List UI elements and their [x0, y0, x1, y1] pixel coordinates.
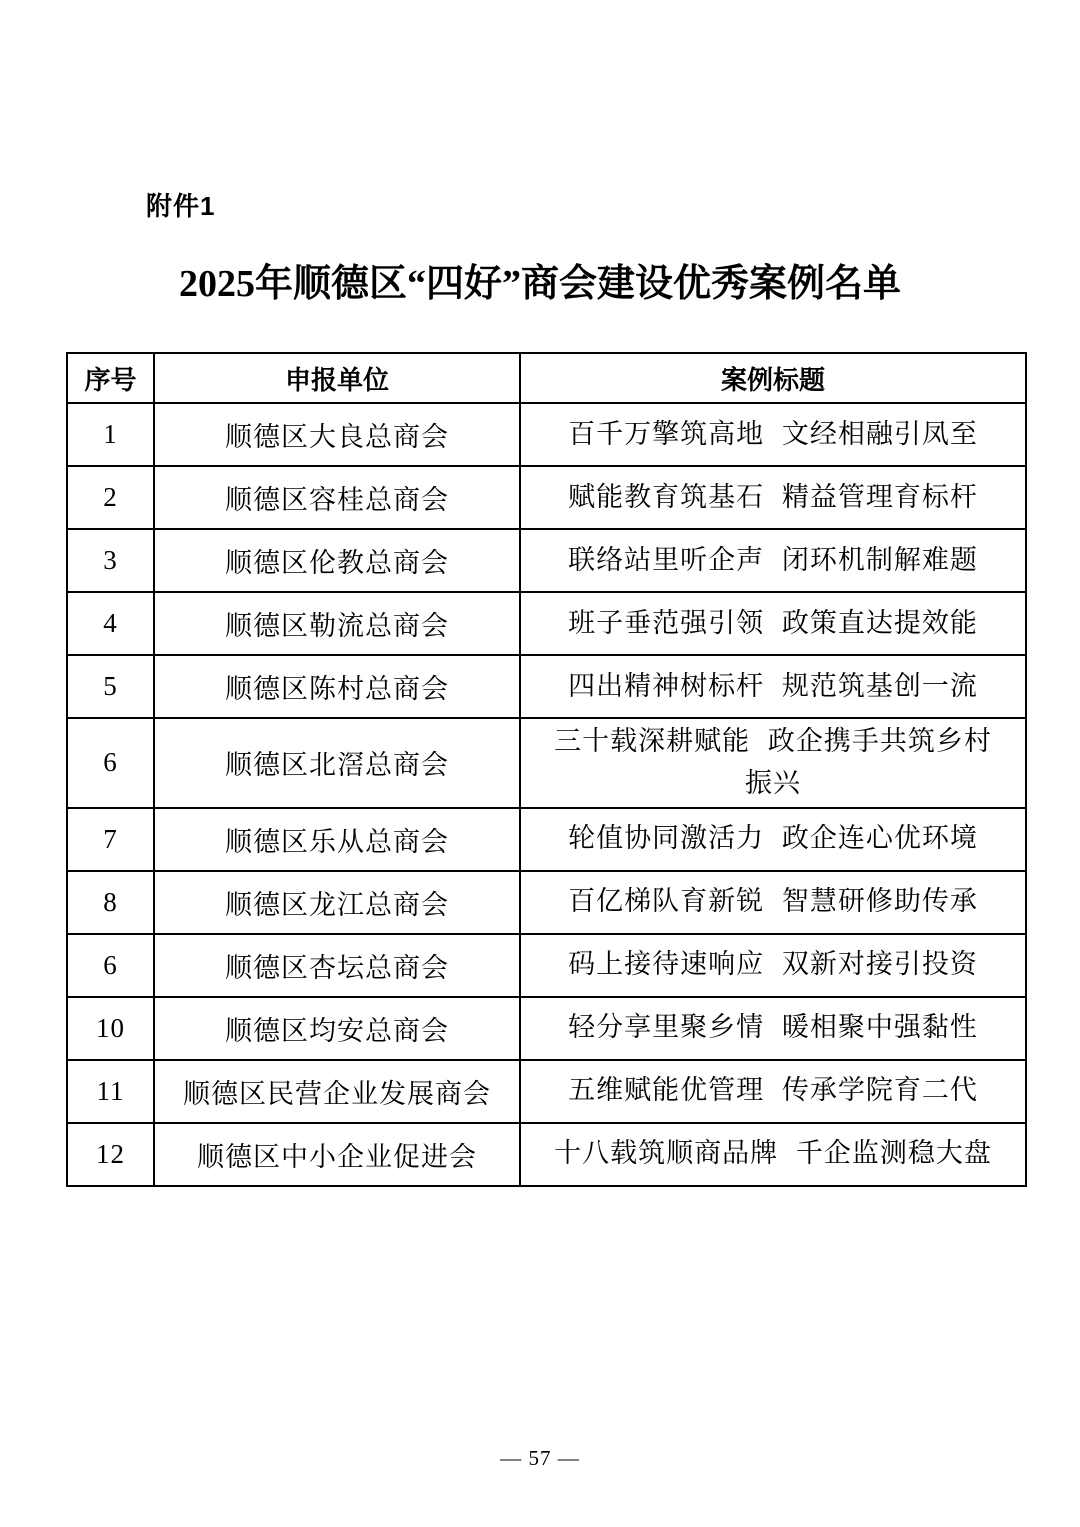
- row-number-cell: 6: [67, 718, 154, 808]
- row-number-cell: 8: [67, 871, 154, 934]
- table-row: 3 顺德区伦教总商会 联络站里听企声 闭环机制解难题: [67, 529, 1026, 592]
- cases-table: 序号 申报单位 案例标题 1 顺德区大良总商会 百千万擎筑高地 文经相融引凤至 …: [66, 352, 1027, 1187]
- row-number-cell: 11: [67, 1060, 154, 1123]
- header-cell-case-title: 案例标题: [520, 353, 1026, 403]
- row-number-cell: 7: [67, 808, 154, 871]
- header-cell-unit: 申报单位: [154, 353, 520, 403]
- unit-cell: 顺德区均安总商会: [154, 997, 520, 1060]
- unit-cell: 顺德区勒流总商会: [154, 592, 520, 655]
- unit-cell: 顺德区中小企业促进会: [154, 1123, 520, 1186]
- unit-cell: 顺德区伦教总商会: [154, 529, 520, 592]
- table-row: 7 顺德区乐从总商会 轮值协同激活力 政企连心优环境: [67, 808, 1026, 871]
- table-row: 10 顺德区均安总商会 轻分享里聚乡情 暖相聚中强黏性: [67, 997, 1026, 1060]
- case-title-cell: 十八载筑顺商品牌 千企监测稳大盘: [520, 1123, 1026, 1186]
- case-title-cell: 百亿梯队育新锐 智慧研修助传承: [520, 871, 1026, 934]
- header-row: 序号 申报单位 案例标题: [67, 353, 1026, 403]
- case-title-cell: 班子垂范强引领 政策直达提效能: [520, 592, 1026, 655]
- table-row: 6 顺德区杏坛总商会 码上接待速响应 双新对接引投资: [67, 934, 1026, 997]
- page-number: — 57 —: [0, 1446, 1080, 1471]
- case-title-cell: 五维赋能优管理 传承学院育二代: [520, 1060, 1026, 1123]
- table-row: 11 顺德区民营企业发展商会 五维赋能优管理 传承学院育二代: [67, 1060, 1026, 1123]
- table-row: 4 顺德区勒流总商会 班子垂范强引领 政策直达提效能: [67, 592, 1026, 655]
- unit-cell: 顺德区杏坛总商会: [154, 934, 520, 997]
- unit-cell: 顺德区容桂总商会: [154, 466, 520, 529]
- table-row: 8 顺德区龙江总商会 百亿梯队育新锐 智慧研修助传承: [67, 871, 1026, 934]
- row-number-cell: 12: [67, 1123, 154, 1186]
- case-title-cell: 联络站里听企声 闭环机制解难题: [520, 529, 1026, 592]
- unit-cell: 顺德区大良总商会: [154, 403, 520, 466]
- page-title: 2025年顺德区“四好”商会建设优秀案例名单: [0, 263, 1080, 307]
- unit-cell: 顺德区北滘总商会: [154, 718, 520, 808]
- case-title-cell: 三十载深耕赋能 政企携手共筑乡村 振兴: [520, 718, 1026, 808]
- header-cell-no: 序号: [67, 353, 154, 403]
- document-page: 附件1 2025年顺德区“四好”商会建设优秀案例名单 序号 申报单位 案例标题 …: [0, 0, 1080, 1527]
- unit-cell: 顺德区龙江总商会: [154, 871, 520, 934]
- case-title-cell: 轻分享里聚乡情 暖相聚中强黏性: [520, 997, 1026, 1060]
- case-title-cell: 轮值协同激活力 政企连心优环境: [520, 808, 1026, 871]
- attachment-label: 附件1: [146, 192, 215, 221]
- table-row: 1 顺德区大良总商会 百千万擎筑高地 文经相融引凤至: [67, 403, 1026, 466]
- row-number-cell: 5: [67, 655, 154, 718]
- table-row: 6 顺德区北滘总商会 三十载深耕赋能 政企携手共筑乡村 振兴: [67, 718, 1026, 808]
- case-title-cell: 四出精神树标杆 规范筑基创一流: [520, 655, 1026, 718]
- case-title-cell: 百千万擎筑高地 文经相融引凤至: [520, 403, 1026, 466]
- row-number-cell: 3: [67, 529, 154, 592]
- unit-cell: 顺德区民营企业发展商会: [154, 1060, 520, 1123]
- row-number-cell: 2: [67, 466, 154, 529]
- table-row: 5 顺德区陈村总商会 四出精神树标杆 规范筑基创一流: [67, 655, 1026, 718]
- table-body: 1 顺德区大良总商会 百千万擎筑高地 文经相融引凤至 2 顺德区容桂总商会 赋能…: [67, 403, 1026, 1186]
- row-number-cell: 6: [67, 934, 154, 997]
- table-row: 12 顺德区中小企业促进会 十八载筑顺商品牌 千企监测稳大盘: [67, 1123, 1026, 1186]
- row-number-cell: 4: [67, 592, 154, 655]
- case-title-cell: 赋能教育筑基石 精益管理育标杆: [520, 466, 1026, 529]
- row-number-cell: 10: [67, 997, 154, 1060]
- case-title-cell: 码上接待速响应 双新对接引投资: [520, 934, 1026, 997]
- unit-cell: 顺德区乐从总商会: [154, 808, 520, 871]
- row-number-cell: 1: [67, 403, 154, 466]
- unit-cell: 顺德区陈村总商会: [154, 655, 520, 718]
- table-row: 2 顺德区容桂总商会 赋能教育筑基石 精益管理育标杆: [67, 466, 1026, 529]
- table-header: 序号 申报单位 案例标题: [67, 353, 1026, 403]
